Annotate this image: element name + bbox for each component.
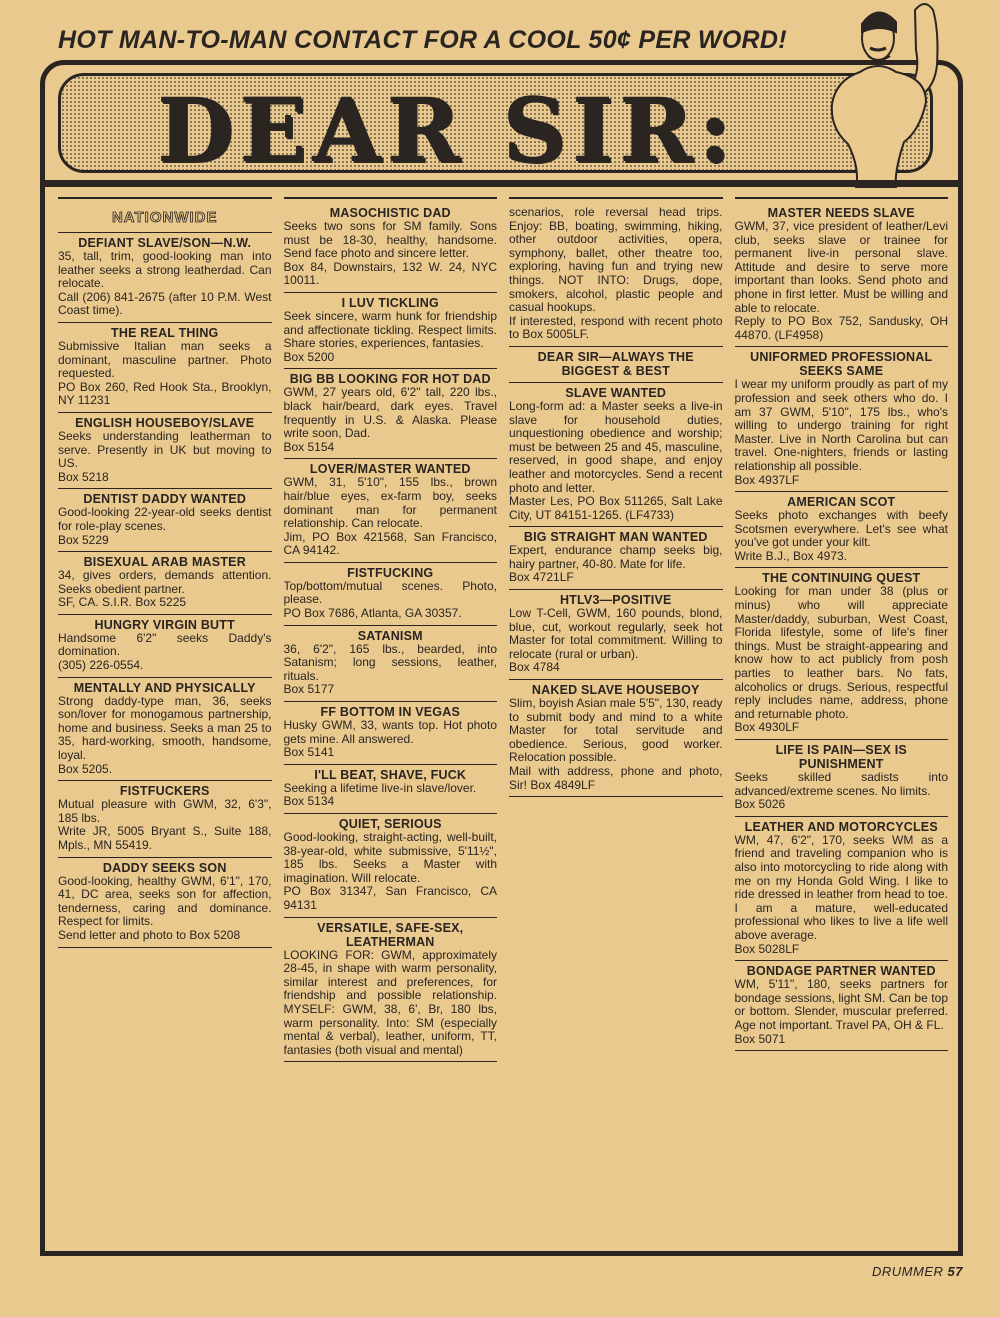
ad-body: Handsome 6'2" seeks Daddy's domination.: [58, 632, 272, 659]
ad-contact: Box 4784: [509, 661, 723, 675]
classified-ad: THE CONTINUING QUESTLooking for man unde…: [735, 568, 949, 740]
classified-ad: SLAVE WANTEDLong-form ad: a Master seeks…: [509, 383, 723, 527]
classified-ad: BISEXUAL ARAB MASTER34, gives orders, de…: [58, 552, 272, 615]
ad-contact: Master Les, PO Box 511265, Salt Lake Cit…: [509, 495, 723, 522]
ad-contact: Box 5205.: [58, 763, 272, 777]
ad-headline: VERSATILE, SAFE-SEX, LEATHERMAN: [284, 921, 498, 949]
classified-ad: MASTER NEEDS SLAVEGWM, 37, vice presiden…: [735, 203, 949, 347]
ad-body: WM, 47, 6'2", 170, seeks WM as a friend …: [735, 834, 949, 943]
classified-ad: DEAR SIR—ALWAYS THE BIGGEST & BEST: [509, 347, 723, 383]
publication-name: DRUMMER: [872, 1264, 943, 1279]
ad-body: Looking for man under 38 (plus or minus)…: [735, 585, 949, 721]
ad-column: NATIONWIDEDEFIANT SLAVE/SON—N.W.35, tall…: [58, 197, 272, 1245]
ad-body: GWM, 27 years old, 6'2" tall, 220 lbs., …: [284, 386, 498, 440]
ad-body: Low T-Cell, GWM, 160 pounds, blond, blue…: [509, 607, 723, 661]
ad-headline: DENTIST DADDY WANTED: [58, 492, 272, 506]
ad-headline: LEATHER AND MOTORCYCLES: [735, 820, 949, 834]
ad-headline: DADDY SEEKS SON: [58, 861, 272, 875]
ad-headline: NAKED SLAVE HOUSEBOY: [509, 683, 723, 697]
classified-ad: LEATHER AND MOTORCYCLESWM, 47, 6'2", 170…: [735, 817, 949, 961]
ad-body: Husky GWM, 33, wants top. Hot photo gets…: [284, 719, 498, 746]
ad-contact: Box 4930LF: [735, 721, 949, 735]
classified-ad: SATANISM36, 6'2", 165 lbs., bearded, int…: [284, 626, 498, 702]
ad-body: 34, gives orders, demands attention. See…: [58, 569, 272, 596]
ad-headline: UNIFORMED PROFESSIONAL SEEKS SAME: [735, 350, 949, 378]
ad-headline: HUNGRY VIRGIN BUTT: [58, 618, 272, 632]
ad-headline: BONDAGE PARTNER WANTED: [735, 964, 949, 978]
ad-contact: Box 5028LF: [735, 943, 949, 957]
section-label: NATIONWIDE: [58, 203, 272, 233]
ad-headline: I LUV TICKLING: [284, 296, 498, 310]
ad-contact: Box 5218: [58, 471, 272, 485]
page-title: DEAR SIR:: [157, 78, 737, 182]
ad-contact: PO Box 260, Red Hook Sta., Brooklyn, NY …: [58, 381, 272, 408]
classified-ad: HUNGRY VIRGIN BUTTHandsome 6'2" seeks Da…: [58, 615, 272, 678]
classified-ad: UNIFORMED PROFESSIONAL SEEKS SAMEI wear …: [735, 347, 949, 492]
ad-column: scenarios, role reversal head trips. Enj…: [509, 197, 723, 1245]
classified-ad: MENTALLY AND PHYSICALLYStrong daddy-type…: [58, 678, 272, 782]
ad-headline: MENTALLY AND PHYSICALLY: [58, 681, 272, 695]
ad-body: 36, 6'2", 165 lbs., bearded, into Satani…: [284, 643, 498, 684]
ad-contact: Box 5026: [735, 798, 949, 812]
ad-headline: SATANISM: [284, 629, 498, 643]
classified-ad: BIG STRAIGHT MAN WANTEDExpert, endurance…: [509, 527, 723, 590]
ad-contact: Box 5141: [284, 746, 498, 760]
ad-body: 35, tall, trim, good-looking man into le…: [58, 250, 272, 291]
ad-headline: LIFE IS PAIN—SEX IS PUNISHMENT: [735, 743, 949, 771]
ad-body: Mutual pleasure with GWM, 32, 6'3", 185 …: [58, 798, 272, 825]
classified-ad: I'LL BEAT, SHAVE, FUCKSeeking a lifetime…: [284, 765, 498, 814]
classified-ad: THE REAL THINGSubmissive Italian man see…: [58, 323, 272, 413]
header-tagline: HOT MAN-TO-MAN CONTACT FOR A COOL 50¢ PE…: [58, 26, 787, 55]
ad-contact: Box 5200: [284, 351, 498, 365]
ad-body: Good-looking, healthy GWM, 6'1", 170, 41…: [58, 875, 272, 929]
ad-headline: AMERICAN SCOT: [735, 495, 949, 509]
classified-ad: LIFE IS PAIN—SEX IS PUNISHMENTSeeks skil…: [735, 740, 949, 817]
ad-body: I wear my uniform proudly as part of my …: [735, 378, 949, 473]
ad-headline: SLAVE WANTED: [509, 386, 723, 400]
ad-column: MASOCHISTIC DADSeeks two sons for SM fam…: [284, 197, 498, 1245]
classified-ad: DEFIANT SLAVE/SON—N.W.35, tall, trim, go…: [58, 233, 272, 323]
classified-ad: AMERICAN SCOTSeeks photo exchanges with …: [735, 492, 949, 568]
ad-body: Seeks understanding leatherman to serve.…: [58, 430, 272, 471]
ad-body: scenarios, role reversal head trips. Enj…: [509, 206, 723, 315]
ad-headline: MASOCHISTIC DAD: [284, 206, 498, 220]
ad-headline: LOVER/MASTER WANTED: [284, 462, 498, 476]
ad-contact: PO Box 7686, Atlanta, GA 30357.: [284, 607, 498, 621]
ad-body: Seeks skilled sadists into advanced/extr…: [735, 771, 949, 798]
ad-headline: THE REAL THING: [58, 326, 272, 340]
ad-body: WM, 5'11", 180, seeks partners for bonda…: [735, 978, 949, 1032]
page-footer: DRUMMER 57: [872, 1264, 963, 1279]
header-divider: [40, 180, 963, 187]
ad-headline: FISTFUCKERS: [58, 784, 272, 798]
ad-headline: BIG BB LOOKING FOR HOT DAD: [284, 372, 498, 386]
ads-columns: NATIONWIDEDEFIANT SLAVE/SON—N.W.35, tall…: [58, 197, 948, 1245]
ad-contact: (305) 226-0554.: [58, 659, 272, 673]
ad-body: GWM, 31, 5'10", 155 lbs., brown hair/blu…: [284, 476, 498, 530]
ad-headline: QUIET, SERIOUS: [284, 817, 498, 831]
ad-body: Seeking a lifetime live-in slave/lover.: [284, 782, 498, 796]
classified-ad: scenarios, role reversal head trips. Enj…: [509, 203, 723, 347]
ad-headline: MASTER NEEDS SLAVE: [735, 206, 949, 220]
ad-column: MASTER NEEDS SLAVEGWM, 37, vice presiden…: [735, 197, 949, 1245]
ad-contact: Box 5134: [284, 795, 498, 809]
ad-body: GWM, 37, vice president of leather/Levi …: [735, 220, 949, 315]
ad-body: Seek sincere, warm hunk for friendship a…: [284, 310, 498, 351]
ad-headline: BIG STRAIGHT MAN WANTED: [509, 530, 723, 544]
ad-headline: BISEXUAL ARAB MASTER: [58, 555, 272, 569]
ad-contact: Box 4721LF: [509, 571, 723, 585]
classified-ad: NAKED SLAVE HOUSEBOYSlim, boyish Asian m…: [509, 680, 723, 797]
classified-ad: FF BOTTOM IN VEGASHusky GWM, 33, wants t…: [284, 702, 498, 765]
ad-headline: FISTFUCKING: [284, 566, 498, 580]
ad-contact: Box 5154: [284, 441, 498, 455]
classified-ad: HTLV3—POSITIVELow T-Cell, GWM, 160 pound…: [509, 590, 723, 680]
ad-contact: Box 84, Downstairs, 132 W. 24, NYC 10011…: [284, 261, 498, 288]
title-banner: DEAR SIR:: [58, 73, 933, 173]
classified-ad: ENGLISH HOUSEBOY/SLAVESeeks understandin…: [58, 413, 272, 489]
ad-contact: Write JR, 5005 Bryant S., Suite 188, Mpl…: [58, 825, 272, 852]
classified-ad: MASOCHISTIC DADSeeks two sons for SM fam…: [284, 203, 498, 293]
ad-headline: ENGLISH HOUSEBOY/SLAVE: [58, 416, 272, 430]
ad-body: Long-form ad: a Master seeks a live-in s…: [509, 400, 723, 495]
ad-body: Top/bottom/mutual scenes. Photo, please.: [284, 580, 498, 607]
ad-contact: If interested, respond with recent photo…: [509, 315, 723, 342]
ad-body: Seeks two sons for SM family. Sons must …: [284, 220, 498, 261]
classified-ad: BIG BB LOOKING FOR HOT DADGWM, 27 years …: [284, 369, 498, 459]
ad-contact: Reply to PO Box 752, Sandusky, OH 44870.…: [735, 315, 949, 342]
ad-contact: SF, CA. S.I.R. Box 5225: [58, 596, 272, 610]
ad-body: Strong daddy-type man, 36, seeks son/lov…: [58, 695, 272, 763]
ad-body: Slim, boyish Asian male 5'5", 130, ready…: [509, 697, 723, 765]
classified-ad: VERSATILE, SAFE-SEX, LEATHERMANLOOKING F…: [284, 918, 498, 1063]
ad-headline: HTLV3—POSITIVE: [509, 593, 723, 607]
classified-ad: QUIET, SERIOUSGood-looking, straight-act…: [284, 814, 498, 918]
ad-contact: Box 4937LF: [735, 474, 949, 488]
ad-contact: Write B.J., Box 4973.: [735, 550, 949, 564]
ad-contact: PO Box 31347, San Francisco, CA 94131: [284, 885, 498, 912]
ad-body: Good-looking 22-year-old seeks dentist f…: [58, 506, 272, 533]
ad-contact: Send letter and photo to Box 5208: [58, 929, 272, 943]
classified-ad: FISTFUCKERSMutual pleasure with GWM, 32,…: [58, 781, 272, 857]
ad-headline: DEFIANT SLAVE/SON—N.W.: [58, 236, 272, 250]
bodybuilder-illustration-icon: [820, 0, 970, 188]
ad-contact: Jim, PO Box 421568, San Francisco, CA 94…: [284, 531, 498, 558]
ad-headline: FF BOTTOM IN VEGAS: [284, 705, 498, 719]
ad-body: Good-looking, straight-acting, well-buil…: [284, 831, 498, 885]
ad-body: Expert, endurance champ seeks big, hairy…: [509, 544, 723, 571]
classified-ad: BONDAGE PARTNER WANTEDWM, 5'11", 180, se…: [735, 961, 949, 1051]
ad-body: Seeks photo exchanges with beefy Scotsme…: [735, 509, 949, 550]
classified-ad: FISTFUCKINGTop/bottom/mutual scenes. Pho…: [284, 563, 498, 626]
ad-contact: Box 5229: [58, 534, 272, 548]
ad-body: Submissive Italian man seeks a dominant,…: [58, 340, 272, 381]
classified-ad: I LUV TICKLINGSeek sincere, warm hunk fo…: [284, 293, 498, 369]
ad-body: LOOKING FOR: GWM, approximately 28-45, i…: [284, 949, 498, 1058]
ad-contact: Mail with address, phone and photo, Sir!…: [509, 765, 723, 792]
ad-headline: I'LL BEAT, SHAVE, FUCK: [284, 768, 498, 782]
classified-ad: DADDY SEEKS SONGood-looking, healthy GWM…: [58, 858, 272, 948]
ad-headline: THE CONTINUING QUEST: [735, 571, 949, 585]
classified-ad: DENTIST DADDY WANTEDGood-looking 22-year…: [58, 489, 272, 552]
ad-contact: Box 5071: [735, 1033, 949, 1047]
page-number: 57: [948, 1264, 963, 1279]
ad-contact: Call (206) 841-2675 (after 10 P.M. West …: [58, 291, 272, 318]
classified-ad: LOVER/MASTER WANTEDGWM, 31, 5'10", 155 l…: [284, 459, 498, 563]
ad-headline: DEAR SIR—ALWAYS THE BIGGEST & BEST: [509, 350, 723, 378]
ad-contact: Box 5177: [284, 683, 498, 697]
